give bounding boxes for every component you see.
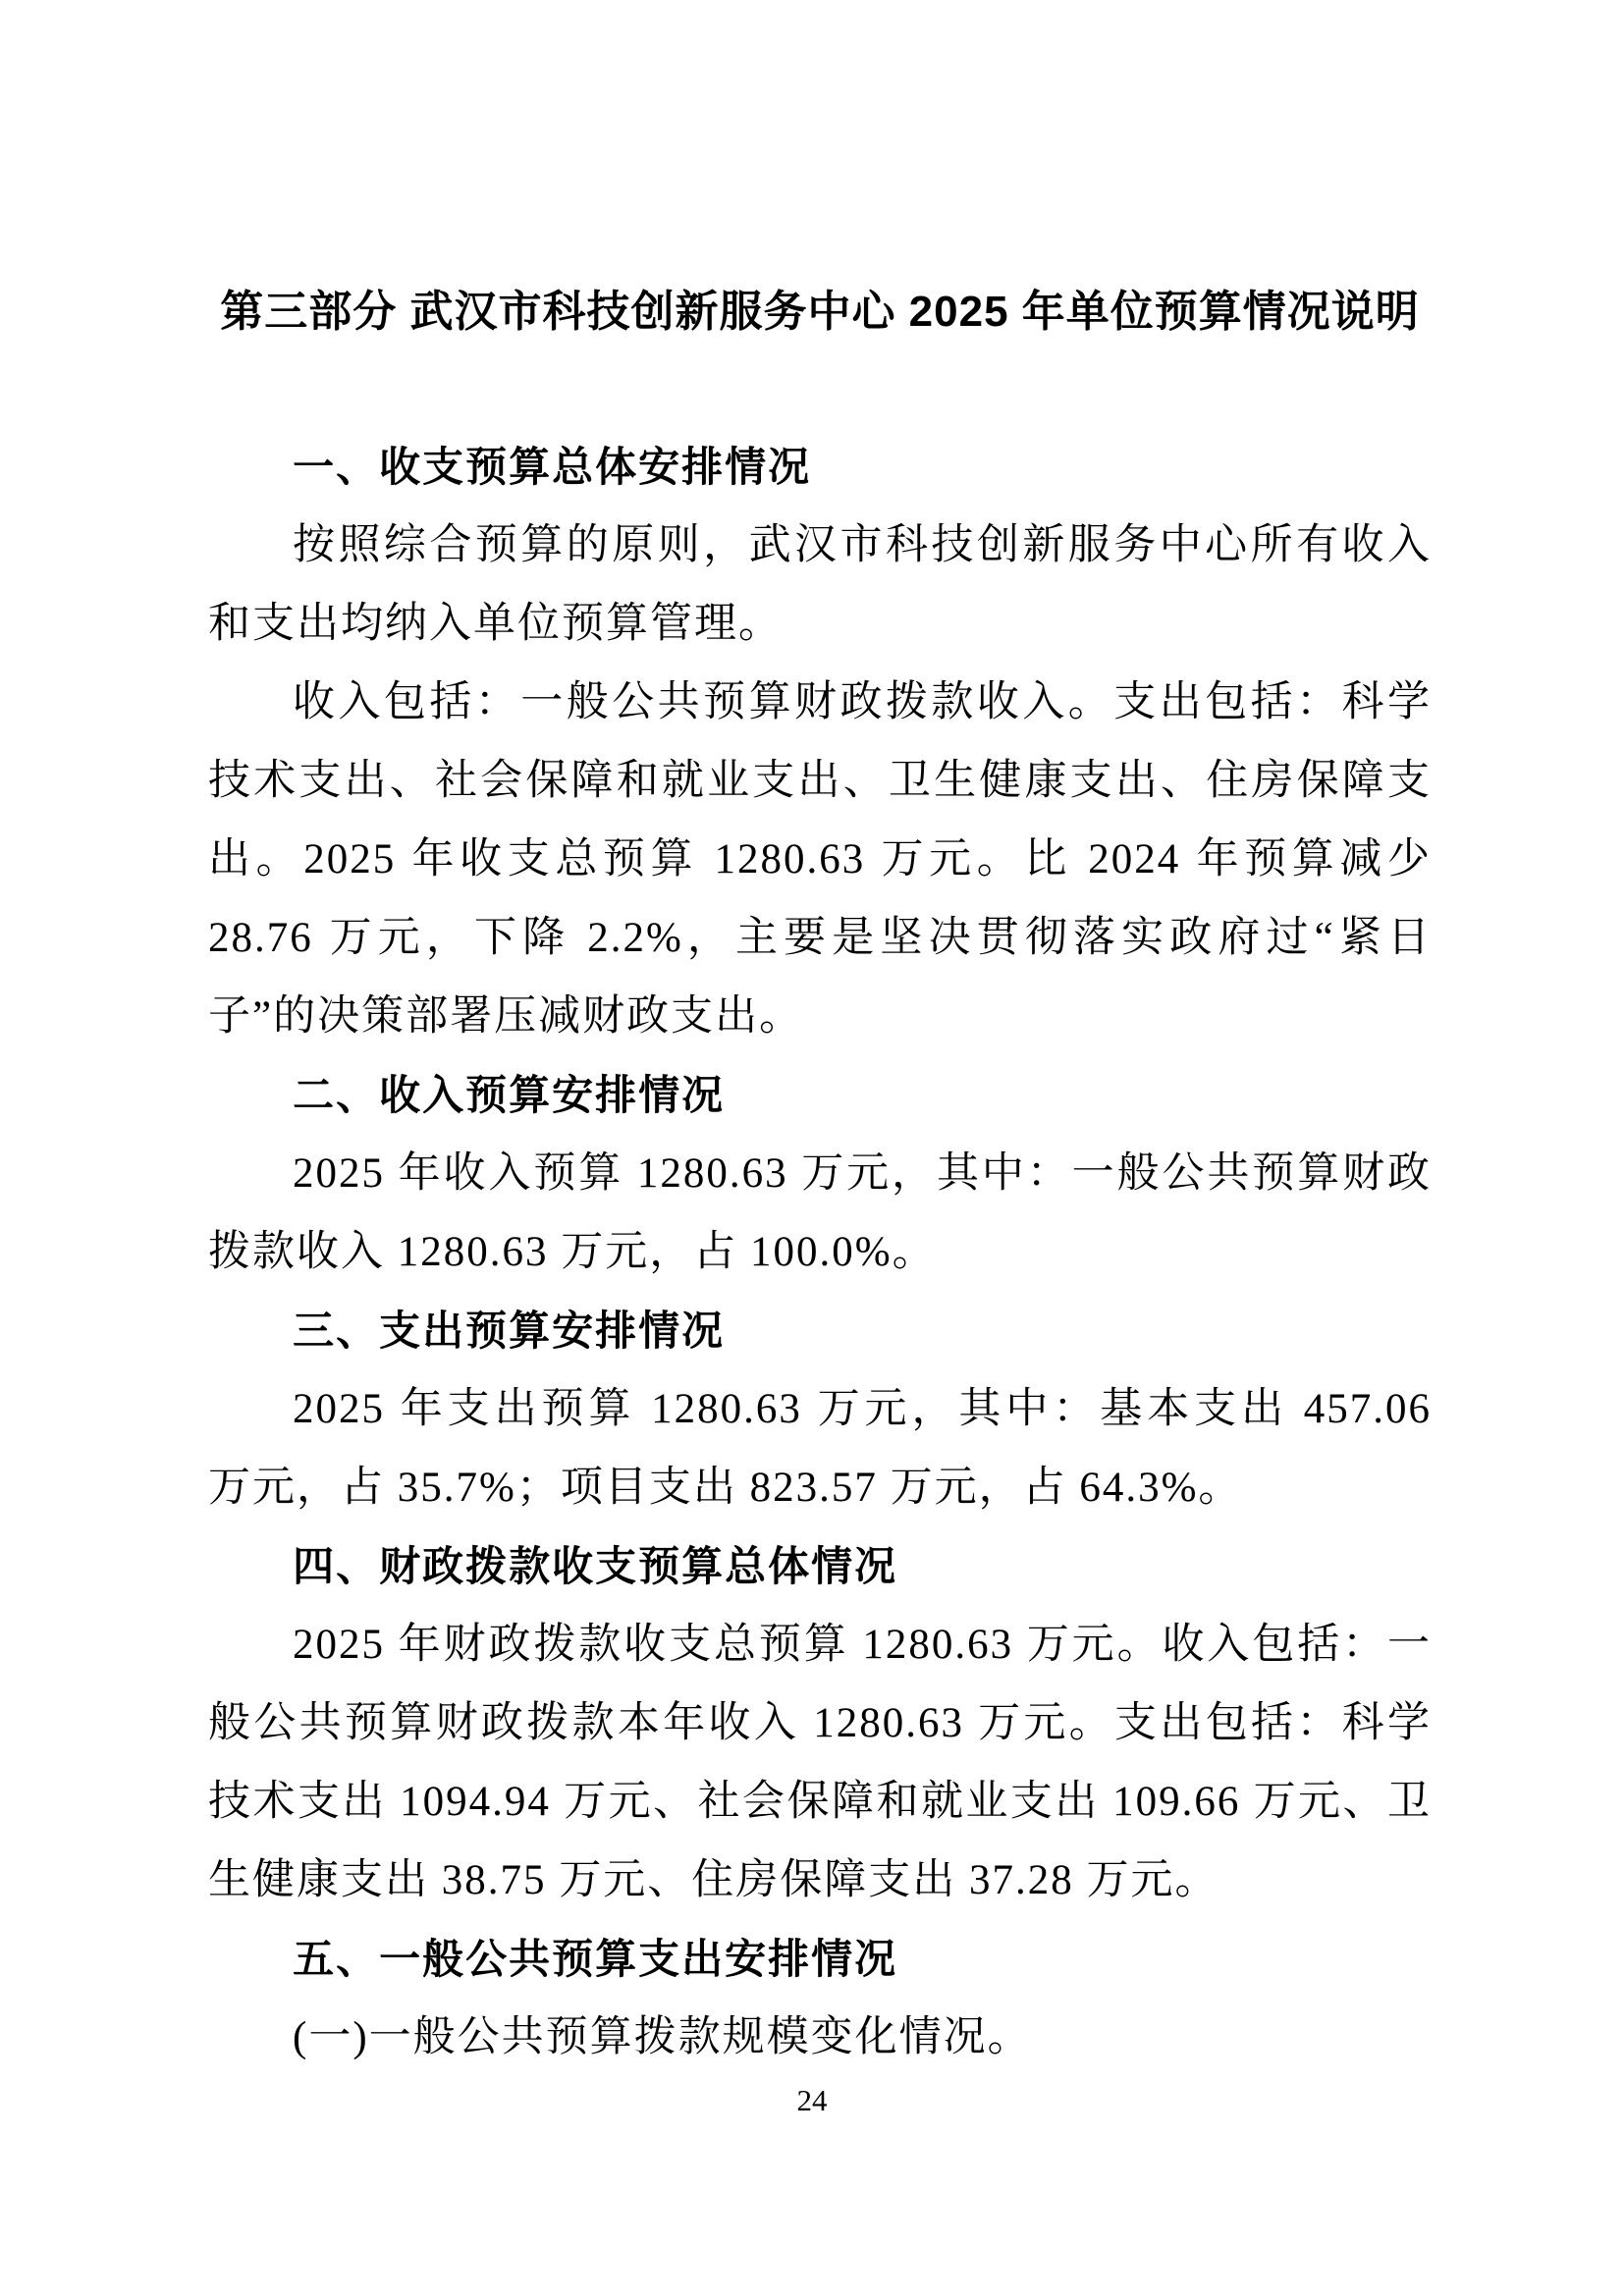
document-title: 第三部分 武汉市科技创新服务中心 2025 年单位预算情况说明 [208, 0, 1432, 336]
paragraph: 2025 年收入预算 1280.63 万元，其中：一般公共预算财政拨款收入 12… [208, 1135, 1432, 1292]
paragraph: 收入包括：一般公共预算财政拨款收入。支出包括：科学技术支出、社会保障和就业支出、… [208, 664, 1432, 1056]
section-heading-income-budget: 二、收入预算安排情况 [208, 1056, 1432, 1135]
section-heading-expenditure-budget: 三、支出预算安排情况 [208, 1292, 1432, 1370]
paragraph: 按照综合预算的原则，武汉市科技创新服务中心所有收入和支出均纳入单位预算管理。 [208, 507, 1432, 664]
paragraph: (一)一般公共预算拨款规模变化情况。 [208, 1999, 1432, 2077]
document-page: 第三部分 武汉市科技创新服务中心 2025 年单位预算情况说明 一、收支预算总体… [0, 0, 1624, 2296]
document-body: 一、收支预算总体安排情况 按照综合预算的原则，武汉市科技创新服务中心所有收入和支… [208, 428, 1432, 2077]
section-heading-general-public-budget: 五、一般公共预算支出安排情况 [208, 1920, 1432, 1999]
paragraph: 2025 年支出预算 1280.63 万元，其中：基本支出 457.06 万元，… [208, 1370, 1432, 1527]
section-heading-overall-budget: 一、收支预算总体安排情况 [208, 428, 1432, 507]
page-number: 24 [0, 2083, 1624, 2118]
section-heading-fiscal-appropriation: 四、财政拨款收支预算总体情况 [208, 1527, 1432, 1606]
paragraph: 2025 年财政拨款收支总预算 1280.63 万元。收入包括：一般公共预算财政… [208, 1606, 1432, 1920]
